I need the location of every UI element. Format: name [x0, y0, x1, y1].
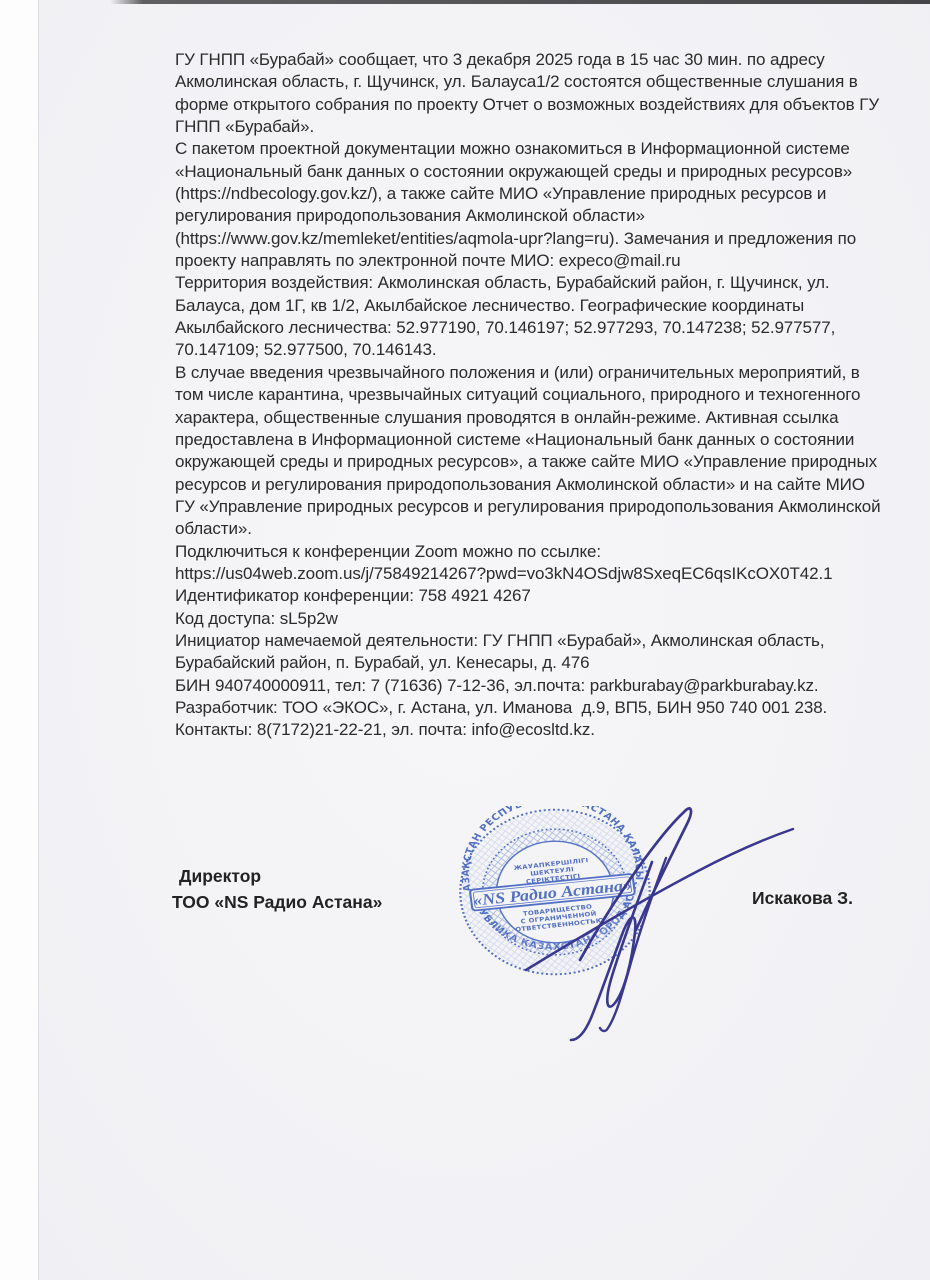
- signature-icon: [430, 770, 850, 1060]
- body-line: ГУ «Управление природных ресурсов и регу…: [175, 496, 881, 518]
- body-line: регулирования природопользования Акмолин…: [175, 205, 881, 227]
- signatory-title-line1: Директор: [179, 863, 382, 889]
- body-line: Подключиться к конференции Zoom можно по…: [175, 541, 881, 563]
- body-line: Акмолинская область, г. Щучинск, ул. Бал…: [175, 71, 881, 93]
- document-body: ГУ ГНПП «Бурабай» сообщает, что 3 декабр…: [175, 49, 881, 742]
- body-line: БИН 940740000911, тел: 7 (71636) 7-12-36…: [175, 675, 881, 697]
- body-line: Акылбайского лесничества: 52.977190, 70.…: [175, 317, 881, 339]
- body-line: области».: [175, 518, 881, 540]
- body-line: форме открытого собрания по проекту Отче…: [175, 94, 881, 116]
- body-line: «Национальный банк данных о состоянии ок…: [175, 161, 881, 183]
- body-line: ресурсов и регулирования природопользова…: [175, 474, 881, 496]
- body-line: окружающей среды и природных ресурсов», …: [175, 451, 881, 473]
- body-line: Балауса, дом 1Г, кв 1/2, Акылбайское лес…: [175, 295, 881, 317]
- body-line: Идентификатор конференции: 758 4921 4267: [175, 585, 881, 607]
- body-line: Территория воздействия: Акмолинская обла…: [175, 272, 881, 294]
- scanner-edge-strip: [0, 0, 39, 1280]
- body-line: Разработчик: ТОО «ЭКОС», г. Астана, ул. …: [175, 697, 881, 719]
- signature-ink: [430, 770, 850, 1060]
- body-line: ГУ ГНПП «Бурабай» сообщает, что 3 декабр…: [175, 49, 881, 71]
- body-line: том числе карантина, чрезвычайных ситуац…: [175, 384, 881, 406]
- body-line: https://us04web.zoom.us/j/75849214267?pw…: [175, 563, 881, 585]
- body-line: 70.147109; 52.977500, 70.146143.: [175, 339, 881, 361]
- body-line: В случае введения чрезвычайного положени…: [175, 362, 881, 384]
- body-line: (https://www.gov.kz/memleket/entities/aq…: [175, 228, 881, 250]
- signatory-title: Директор ТОО «NS Радио Астана»: [172, 863, 382, 915]
- body-line: Инициатор намечаемой деятельности: ГУ ГН…: [175, 630, 881, 652]
- body-line: ГНПП «Бурабай».: [175, 116, 881, 138]
- body-line: Код доступа: sL5p2w: [175, 608, 881, 630]
- body-line: предоставлена в Информационной системе «…: [175, 429, 881, 451]
- scanner-top-shadow: [110, 0, 930, 4]
- signatory-title-line2: ТОО «NS Радио Астана»: [172, 889, 382, 915]
- body-line: С пакетом проектной документации можно о…: [175, 138, 881, 160]
- body-line: проекту направлять по электронной почте …: [175, 250, 881, 272]
- body-line: характера, общественные слушания проводя…: [175, 407, 881, 429]
- scanned-document-page: { "colors": { "stamp": "#4565c0", "stamp…: [0, 0, 930, 1280]
- body-line: Бурабайский район, п. Бурабай, ул. Кенес…: [175, 652, 881, 674]
- body-line: Контакты: 8(7172)21-22-21, эл. почта: in…: [175, 719, 881, 741]
- body-line: (https://ndbecology.gov.kz/), а также са…: [175, 183, 881, 205]
